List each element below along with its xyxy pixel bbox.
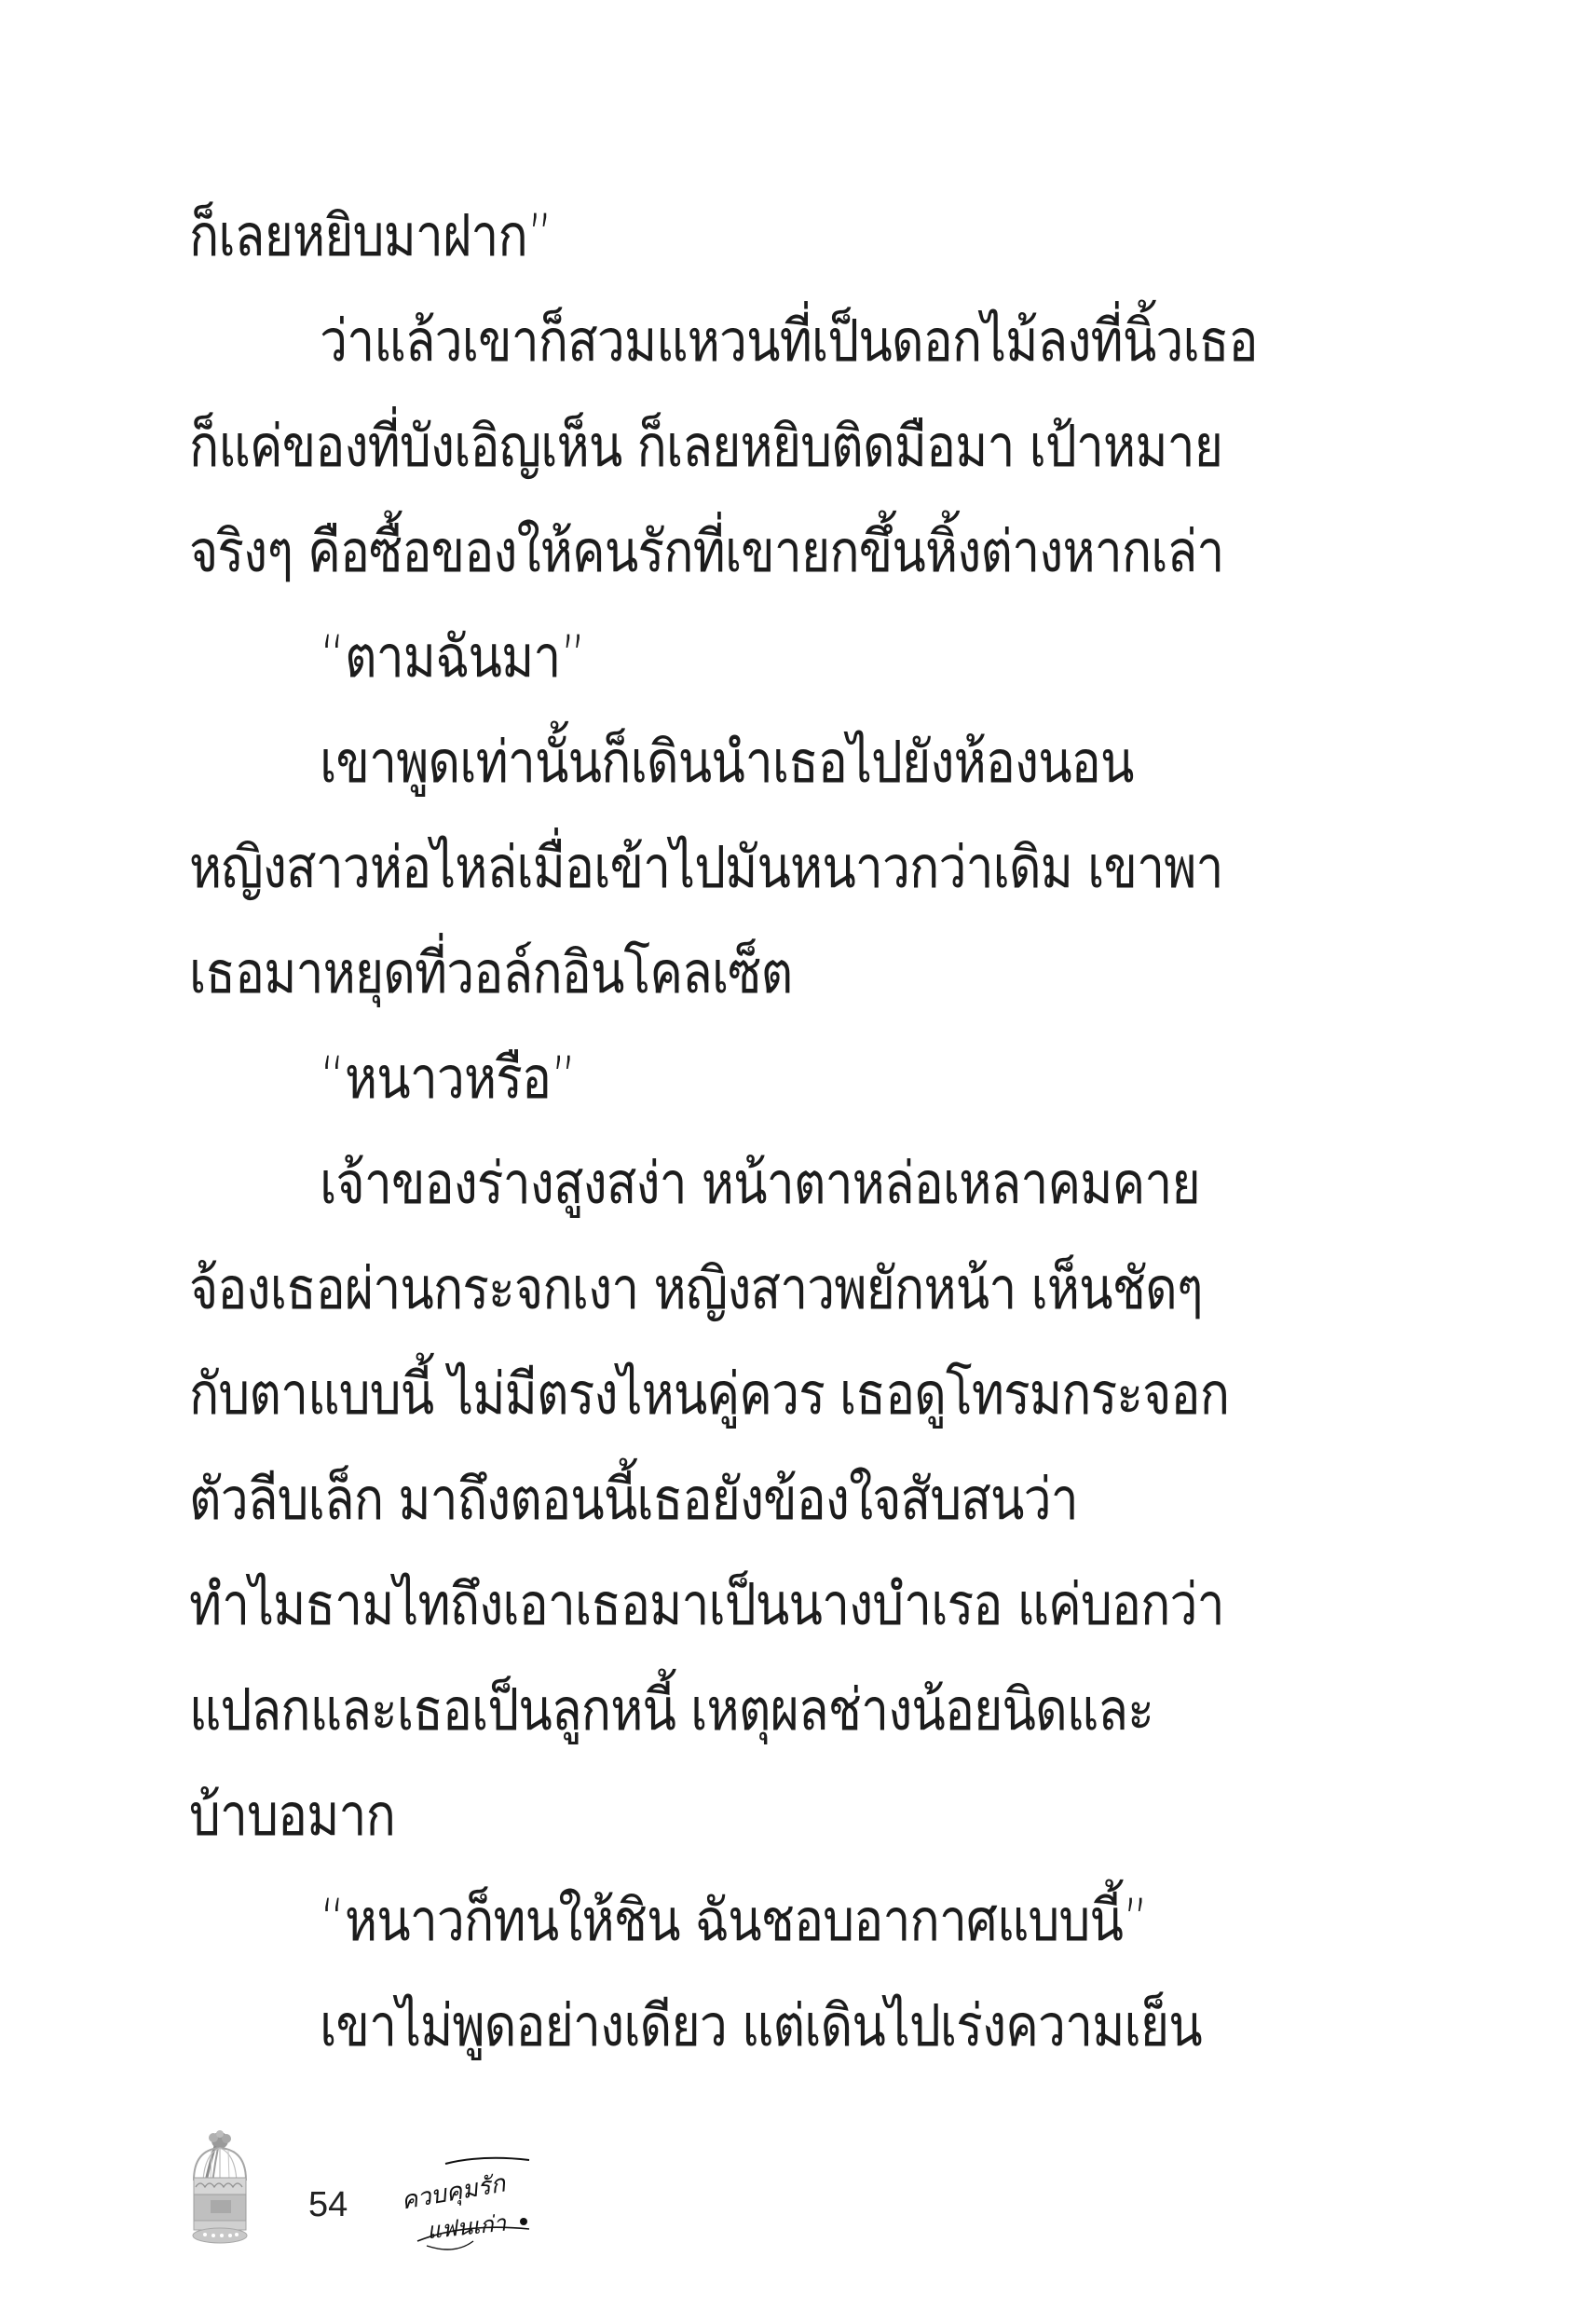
text-line: เขาพูดเท่านั้นก็เดินนำเธอไปยังห้องนอน	[189, 709, 1160, 814]
text-line: ก็แค่ของที่บังเอิญเห็น ก็เลยหยิบติดมือมา…	[189, 393, 1160, 499]
text-line: เจ้าของร่างสูงสง่า หน้าตาหล่อเหลาคมคาย	[189, 1130, 1160, 1236]
text-line: เธอมาหยุดที่วอล์กอินโคลเซ็ต	[189, 920, 1160, 1025]
body-text: ก็เลยหยิบมาฝาก” ว่าแล้วเขาก็สวมแหวนที่เป…	[189, 183, 1318, 2078]
text-line: ก็เลยหยิบมาฝาก”	[189, 183, 1160, 288]
text-line: แปลกและเธอเป็นลูกหนี้ เหตุผลช่างน้อยนิดแ…	[189, 1657, 1160, 1762]
text-line: “ตามฉันมา”	[189, 604, 1160, 709]
text-line: ว่าแล้วเขาก็สวมแหวนที่เป็นดอกไม้ลงที่นิ้…	[189, 288, 1160, 393]
text-line: ตัวลีบเล็ก มาถึงตอนนี้เธอยังข้องใจสับสนว…	[189, 1446, 1160, 1552]
text-line: “หนาวหรือ”	[189, 1025, 1160, 1130]
text-line: “หนาวก็ทนให้ชิน ฉันชอบอากาศแบบนี้”	[189, 1867, 1160, 1973]
text-line: ทำไมธามไทถึงเอาเธอมาเป็นนางบำเรอ แค่บอกว…	[189, 1552, 1160, 1657]
page-number: 54	[308, 2186, 348, 2223]
text-line: จ้องเธอผ่านกระจกเงา หญิงสาวพยักหน้า เห็น…	[189, 1236, 1160, 1341]
book-title-logo: ควบคุมรัก แฟนเก่า	[389, 2153, 539, 2260]
text-line: เขาไม่พูดอย่างเดียว แต่เดินไปเร่งความเย็…	[189, 1973, 1160, 2078]
text-line: หญิงสาวห่อไหล่เมื่อเข้าไปมันหนาวกว่าเดิม…	[189, 814, 1160, 920]
book-page: ก็เลยหยิบมาฝาก” ว่าแล้วเขาก็สวมแหวนที่เป…	[0, 0, 1596, 2311]
text-line: จริงๆ คือซื้อของให้คนรักที่เขายกขึ้นหิ้ง…	[189, 499, 1160, 604]
text-line: บ้าบอมาก	[189, 1762, 1160, 1867]
birdcage-icon	[183, 2129, 257, 2246]
text-line: กับตาแบบนี้ ไม่มีตรงไหนคู่ควร เธอดูโทรมก…	[189, 1341, 1160, 1446]
